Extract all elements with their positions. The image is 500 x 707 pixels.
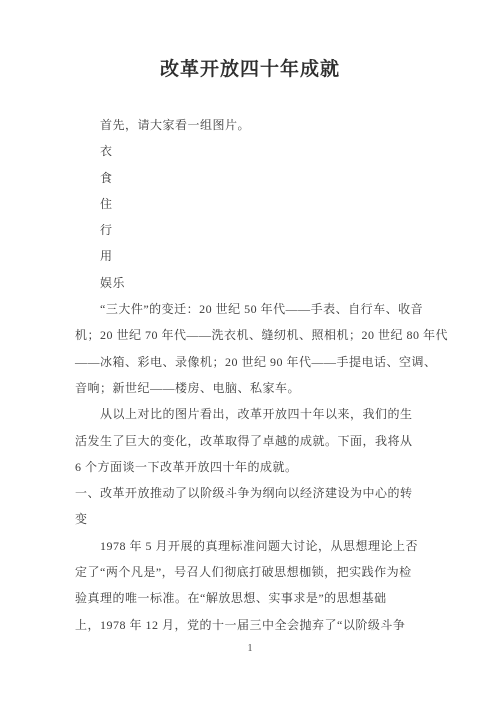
text-line: 活发生了巨大的变化，改革取得了卓越的成就。下面，我将从: [75, 428, 427, 454]
text-line: ——冰箱、彩电、录像机；20 世纪 90 年代——手提电话、空调、: [75, 349, 427, 375]
text-line: 机；20 世纪 70 年代——洗衣机、缝纫机、照相机；20 世纪 80 年代: [75, 322, 427, 348]
text-line: 变: [75, 506, 427, 532]
text-line: 行: [75, 217, 427, 243]
document-body: 首先，请大家看一组图片。 衣 食 住 行 用 娱乐 “三大件”的变迁：20 世纪…: [75, 112, 427, 638]
text-line: 住: [75, 191, 427, 217]
text-line: 娱乐: [75, 270, 427, 296]
page-number: 1: [0, 642, 500, 656]
text-line: 衣: [75, 138, 427, 164]
document-page: 改革开放四十年成就 首先，请大家看一组图片。 衣 食 住 行 用 娱乐 “三大件…: [0, 0, 500, 707]
text-line: 用: [75, 243, 427, 269]
text-line: 1978 年 5 月开展的真理标准问题大讨论，从思想理论上否: [75, 533, 427, 559]
text-line: 音响；新世纪——楼房、电脑、私家车。: [75, 375, 427, 401]
text-line: 从以上对比的图片看出，改革开放四十年以来，我们的生: [75, 401, 427, 427]
text-line: 食: [75, 165, 427, 191]
text-line: 6 个方面谈一下改革开放四十年的成就。: [75, 454, 427, 480]
text-line: “三大件”的变迁：20 世纪 50 年代——手表、自行车、收音: [75, 296, 427, 322]
text-line: 首先，请大家看一组图片。: [75, 112, 427, 138]
document-title: 改革开放四十年成就: [0, 57, 500, 83]
text-line: 验真理的唯一标准。在“解放思想、实事求是”的思想基础: [75, 585, 427, 611]
text-line: 一、改革开放推动了以阶级斗争为纲向以经济建设为中心的转: [75, 480, 427, 506]
text-line: 定了“两个凡是”，号召人们彻底打破思想枷锁，把实践作为检: [75, 559, 427, 585]
text-line: 上，1978 年 12 月，党的十一届三中全会抛弃了“以阶级斗争: [75, 612, 427, 638]
